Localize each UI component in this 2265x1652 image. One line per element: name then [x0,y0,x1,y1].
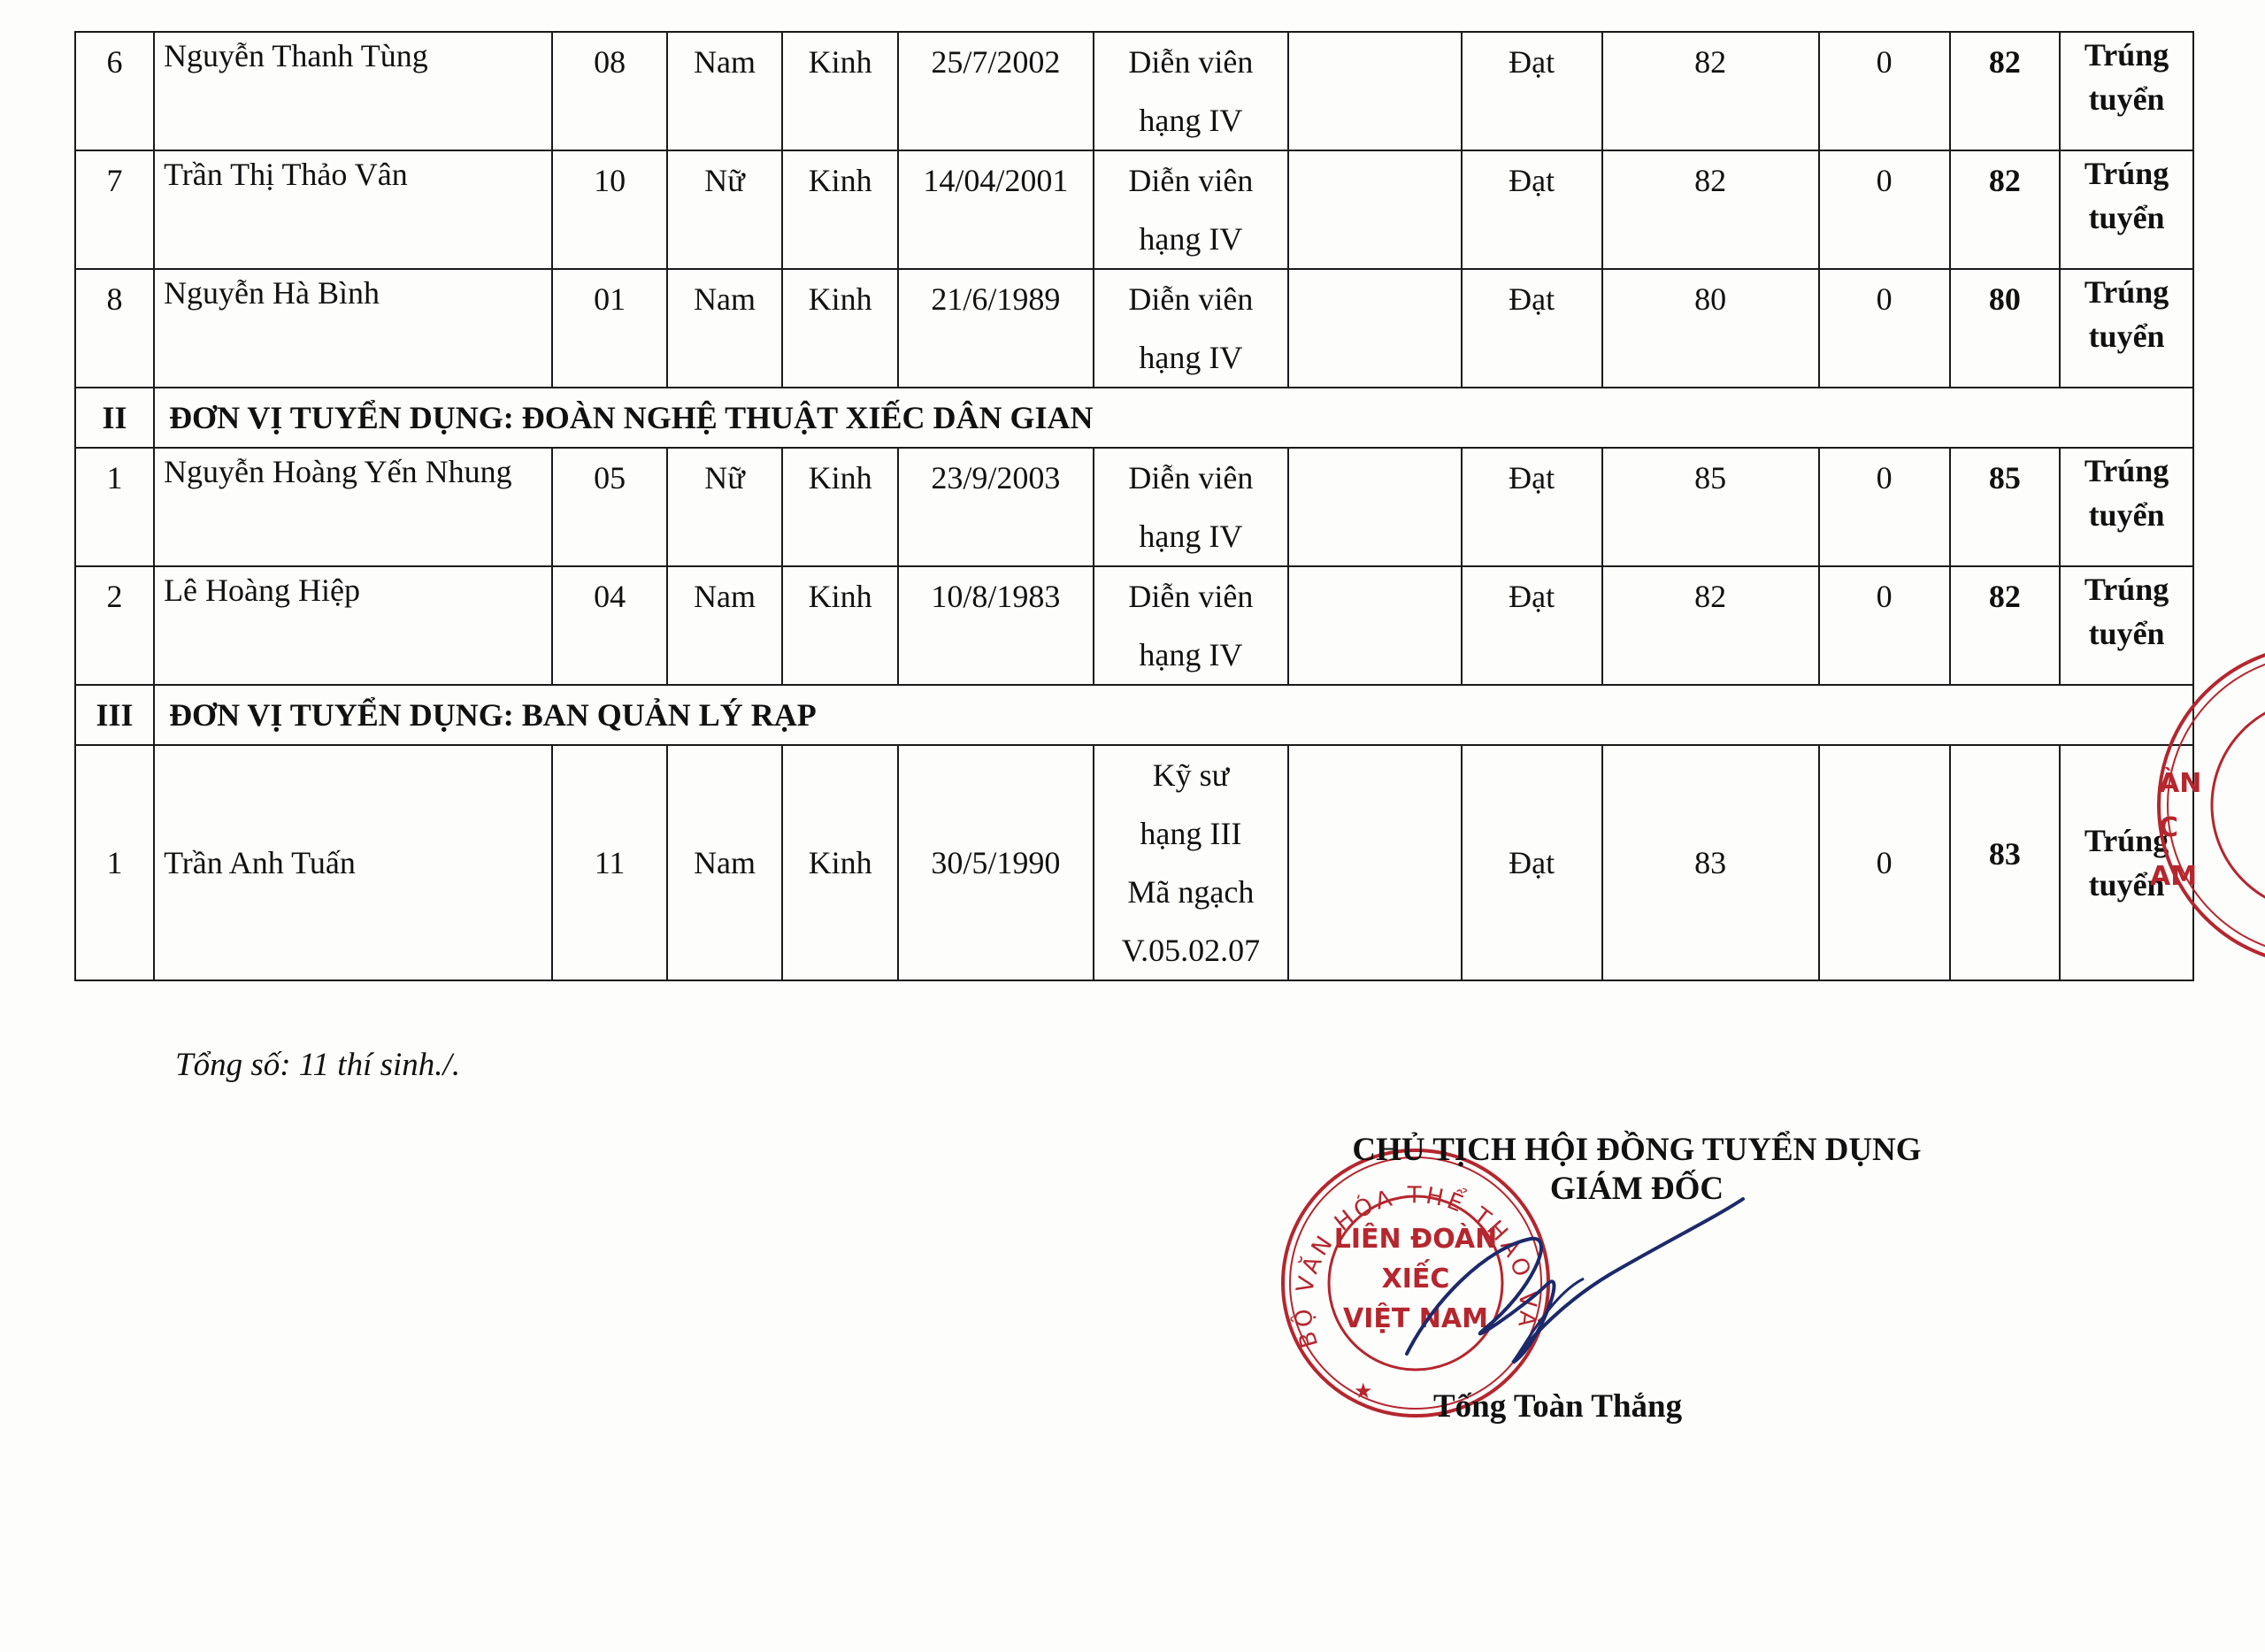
handwritten-signature-icon [1380,1195,1752,1372]
candidate-ethnicity: Kinh [782,32,898,150]
section-number: III [75,685,154,745]
total-score: 83 [1950,745,2061,980]
table-row: 1Nguyễn Hoàng Yến Nhung05NữKinh23/9/2003… [75,448,2193,566]
svg-text:ÀN: ÀN [2159,767,2201,799]
blank-cell [1288,32,1462,150]
candidate-code: 05 [552,448,666,566]
row-number: 1 [75,448,154,566]
section-header-row: IIĐƠN VỊ TUYỂN DỤNG: ĐOÀN NGHỆ THUẬT XIẾ… [75,388,2193,448]
candidate-dob: 30/5/1990 [898,745,1094,980]
table-row: 6Nguyễn Thanh Tùng08NamKinh25/7/2002Diễn… [75,32,2193,150]
pass-status: Đạt [1462,32,1602,150]
candidate-sex: Nam [667,745,783,980]
pass-status: Đạt [1462,150,1602,269]
blank-cell [1288,269,1462,388]
candidate-dob: 23/9/2003 [898,448,1094,566]
candidate-name: Nguyễn Hà Bình [154,269,552,388]
table-row: 7Trần Thị Thảo Vân10NữKinh14/04/2001Diễn… [75,150,2193,269]
candidate-code: 04 [552,566,666,685]
score-2: 0 [1819,566,1950,685]
total-score: 82 [1950,32,2061,150]
row-number: 6 [75,32,154,150]
candidate-position: Diễn viênhạng IV [1094,566,1288,685]
candidate-position: Diễn viênhạng IV [1094,448,1288,566]
candidate-ethnicity: Kinh [782,745,898,980]
score-2: 0 [1819,269,1950,388]
candidate-dob: 10/8/1983 [898,566,1094,685]
score-1: 83 [1602,745,1819,980]
score-2: 0 [1819,150,1950,269]
result: Trúngtuyển [2060,150,2193,269]
section-number: II [75,388,154,448]
pass-status: Đạt [1462,745,1602,980]
partial-seal-icon: ÀN C AM [2141,619,2265,991]
total-score: 82 [1950,566,2061,685]
total-score: 80 [1950,269,2061,388]
candidate-position: Diễn viênhạng IV [1094,32,1288,150]
section-title: ĐƠN VỊ TUYỂN DỤNG: ĐOÀN NGHỆ THUẬT XIẾC … [154,388,2193,448]
table-row: 1Trần Anh Tuấn11NamKinh30/5/1990Kỹ sưhạn… [75,745,2193,980]
pass-status: Đạt [1462,566,1602,685]
section-header-row: IIIĐƠN VỊ TUYỂN DỤNG: BAN QUẢN LÝ RẠP [75,685,2193,745]
blank-cell [1288,566,1462,685]
signer-name: Tống Toàn Thắng [1433,1387,1682,1425]
candidate-sex: Nữ [667,150,783,269]
candidate-dob: 14/04/2001 [898,150,1094,269]
candidate-ethnicity: Kinh [782,150,898,269]
candidate-position: Kỹ sưhạng IIIMã ngạchV.05.02.07 [1094,745,1288,980]
blank-cell [1288,150,1462,269]
candidate-code: 08 [552,32,666,150]
result: Trúngtuyển [2060,269,2193,388]
table-row: 2Lê Hoàng Hiệp04NamKinh10/8/1983Diễn viê… [75,566,2193,685]
candidate-sex: Nam [667,32,783,150]
blank-cell [1288,745,1462,980]
score-1: 82 [1602,566,1819,685]
candidate-sex: Nam [667,269,783,388]
score-2: 0 [1819,448,1950,566]
candidate-name: Trần Anh Tuấn [154,745,552,980]
candidate-name: Lê Hoàng Hiệp [154,566,552,685]
score-1: 82 [1602,150,1819,269]
score-2: 0 [1819,745,1950,980]
total-note: Tổng số: 11 thí sinh./. [175,1046,460,1084]
candidate-position: Diễn viênhạng IV [1094,150,1288,269]
candidate-code: 01 [552,269,666,388]
pass-status: Đạt [1462,269,1602,388]
score-1: 82 [1602,32,1819,150]
candidate-code: 11 [552,745,666,980]
row-number: 7 [75,150,154,269]
table-row: 8Nguyễn Hà Bình01NamKinh21/6/1989Diễn vi… [75,269,2193,388]
section-title: ĐƠN VỊ TUYỂN DỤNG: BAN QUẢN LÝ RẠP [154,685,2193,745]
total-score: 85 [1950,448,2061,566]
total-score: 82 [1950,150,2061,269]
candidate-name: Nguyễn Thanh Tùng [154,32,552,150]
candidate-ethnicity: Kinh [782,269,898,388]
row-number: 8 [75,269,154,388]
score-2: 0 [1819,32,1950,150]
results-table: 6Nguyễn Thanh Tùng08NamKinh25/7/2002Diễn… [74,31,2194,981]
candidate-position: Diễn viênhạng IV [1094,269,1288,388]
document-page: 6Nguyễn Thanh Tùng08NamKinh25/7/2002Diễn… [0,0,2265,1652]
svg-text:C: C [2159,812,2178,843]
result: Trúngtuyển [2060,448,2193,566]
candidate-ethnicity: Kinh [782,448,898,566]
candidate-ethnicity: Kinh [782,566,898,685]
blank-cell [1288,448,1462,566]
candidate-sex: Nữ [667,448,783,566]
candidate-name: Nguyễn Hoàng Yến Nhung [154,448,552,566]
row-number: 1 [75,745,154,980]
candidate-dob: 21/6/1989 [898,269,1094,388]
svg-text:★: ★ [1354,1380,1373,1403]
candidate-sex: Nam [667,566,783,685]
score-1: 80 [1602,269,1819,388]
svg-text:AM: AM [2150,861,2197,892]
signature-title: CHỦ TỊCH HỘI ĐỒNG TUYỂN DỤNG [1301,1131,1973,1170]
candidate-name: Trần Thị Thảo Vân [154,150,552,269]
score-1: 85 [1602,448,1819,566]
candidate-dob: 25/7/2002 [898,32,1094,150]
row-number: 2 [75,566,154,685]
candidate-code: 10 [552,150,666,269]
pass-status: Đạt [1462,448,1602,566]
result: Trúngtuyển [2060,32,2193,150]
